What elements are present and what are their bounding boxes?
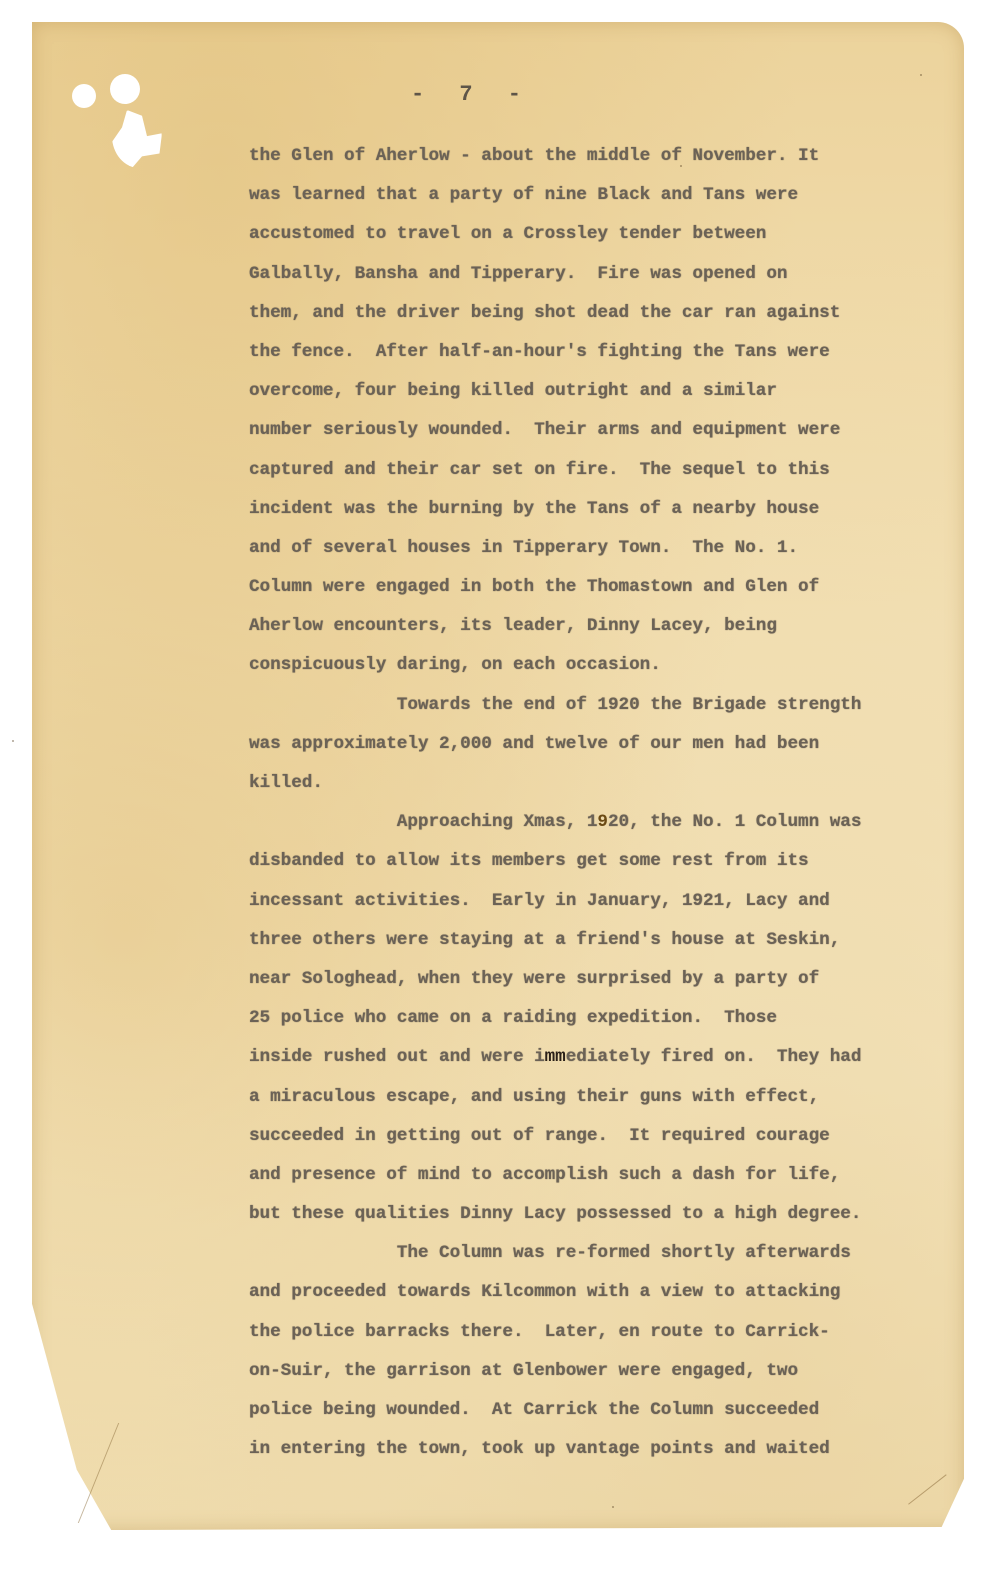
text-line: was approximately 2,000 and twelve of ou… xyxy=(249,725,969,764)
text-line: the fence. After half-an-hour's fighting… xyxy=(249,333,969,372)
text-line: inside rushed out and were immediately f… xyxy=(249,1038,969,1077)
text-line: but these qualities Dinny Lacy possessed… xyxy=(249,1195,969,1234)
text-line: Approaching Xmas, 1920, the No. 1 Column… xyxy=(249,803,969,842)
text-line: disbanded to allow its members get some … xyxy=(249,842,969,881)
page-number: - 7 - xyxy=(392,82,542,107)
text-line: Galbally, Bansha and Tipperary. Fire was… xyxy=(249,255,969,294)
paper-speck xyxy=(920,74,922,76)
handwritten-correction: mm xyxy=(545,1047,566,1067)
paper-speck xyxy=(12,740,14,742)
text-line: conspicuously daring, on each occasion. xyxy=(249,646,969,685)
text-line: on-Suir, the garrison at Glenbower were … xyxy=(249,1352,969,1391)
text-line: Aherlow encounters, its leader, Dinny La… xyxy=(249,607,969,646)
text-line: and presence of mind to accomplish such … xyxy=(249,1156,969,1195)
text-line: accustomed to travel on a Crossley tende… xyxy=(249,215,969,254)
text-line: number seriously wounded. Their arms and… xyxy=(249,411,969,450)
text-line: three others were staying at a friend's … xyxy=(249,921,969,960)
text-line: 25 police who came on a raiding expediti… xyxy=(249,999,969,1038)
text-line: incident was the burning by the Tans of … xyxy=(249,490,969,529)
text-line: succeeded in getting out of range. It re… xyxy=(249,1117,969,1156)
text-line: overcome, four being killed outright and… xyxy=(249,372,969,411)
text-line: incessant activities. Early in January, … xyxy=(249,882,969,921)
text-line: Column were engaged in both the Thomasto… xyxy=(249,568,969,607)
text-line: the Glen of Aherlow - about the middle o… xyxy=(249,137,969,176)
text-line: killed. xyxy=(249,764,969,803)
text-line: was learned that a party of nine Black a… xyxy=(249,176,969,215)
text-line: and proceeded towards Kilcommon with a v… xyxy=(249,1273,969,1312)
text-line: and of several houses in Tipperary Town.… xyxy=(249,529,969,568)
text-line: police being wounded. At Carrick the Col… xyxy=(249,1391,969,1430)
typewritten-body: the Glen of Aherlow - about the middle o… xyxy=(249,137,969,1469)
text-line: captured and their car set on fire. The … xyxy=(249,451,969,490)
punch-hole-icon xyxy=(110,74,140,104)
text-line: near Sologhead, when they were surprised… xyxy=(249,960,969,999)
text-line: a miraculous escape, and using their gun… xyxy=(249,1078,969,1117)
punch-hole-icon xyxy=(72,84,96,108)
handwritten-correction: 9 xyxy=(597,812,608,832)
text-line: The Column was re-formed shortly afterwa… xyxy=(249,1234,969,1273)
text-line: in entering the town, took up vantage po… xyxy=(249,1430,969,1469)
text-line: the police barracks there. Later, en rou… xyxy=(249,1313,969,1352)
text-line: them, and the driver being shot dead the… xyxy=(249,294,969,333)
paper-speck xyxy=(612,1506,614,1508)
text-line: Towards the end of 1920 the Brigade stre… xyxy=(249,686,969,725)
